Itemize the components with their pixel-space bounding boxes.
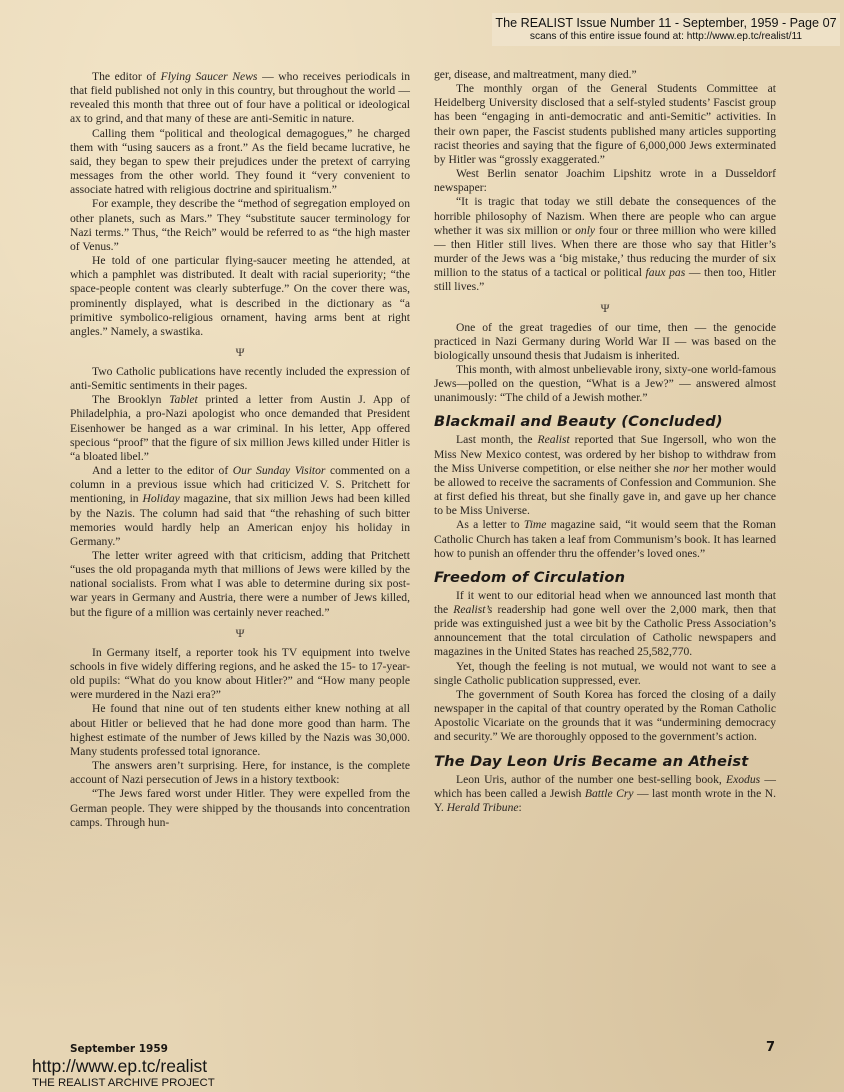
article-paragraph: If it went to our editorial head when we…	[434, 589, 776, 660]
article-paragraph: Yet, though the feeling is not mutual, w…	[434, 660, 776, 688]
page-number: 7	[766, 1040, 775, 1055]
banner-subtitle: scans of this entire issue found at: htt…	[492, 31, 840, 43]
article-paragraph: This month, with almost unbelievable iro…	[434, 363, 776, 405]
article-paragraph: The Brooklyn Tablet printed a letter fro…	[70, 393, 410, 464]
article-paragraph: Two Catholic publications have recently …	[70, 365, 410, 393]
article-paragraph: ger, disease, and maltreatment, many die…	[434, 68, 776, 82]
section-divider-icon: Ψ	[70, 620, 410, 646]
article-paragraph: “The Jews fared worst under Hitler. They…	[70, 787, 410, 829]
footer-date: September 1959	[70, 1043, 168, 1055]
section-divider-icon: Ψ	[434, 295, 776, 321]
article-paragraph: The letter writer agreed with that criti…	[70, 549, 410, 620]
article-paragraph: West Berlin senator Joachim Lipshitz wro…	[434, 167, 776, 195]
article-paragraph: For example, they describe the “method o…	[70, 197, 410, 254]
article-paragraph: The answers aren’t surprising. Here, for…	[70, 759, 410, 787]
archive-project-name: THE REALIST ARCHIVE PROJECT	[32, 1077, 215, 1090]
right-column: ger, disease, and maltreatment, many die…	[434, 68, 776, 815]
article-paragraph: The editor of Flying Saucer News — who r…	[70, 70, 410, 127]
archive-banner: The REALIST Issue Number 11 - September,…	[492, 13, 840, 46]
article-paragraph: Leon Uris, author of the number one best…	[434, 773, 776, 815]
article-paragraph: As a letter to Time magazine said, “it w…	[434, 518, 776, 560]
banner-title: The REALIST Issue Number 11 - September,…	[492, 13, 840, 31]
section-heading: Freedom of Circulation	[434, 569, 776, 587]
article-paragraph: Last month, the Realist reported that Su…	[434, 433, 776, 518]
article-paragraph: And a letter to the editor of Our Sunday…	[70, 464, 410, 549]
article-paragraph: Calling them “political and theological …	[70, 127, 410, 198]
article-paragraph: The government of South Korea has forced…	[434, 688, 776, 745]
article-paragraph: He found that nine out of ten students e…	[70, 702, 410, 759]
section-divider-icon: Ψ	[70, 339, 410, 365]
article-paragraph: “It is tragic that today we still debate…	[434, 195, 776, 294]
section-heading: Blackmail and Beauty (Concluded)	[434, 413, 776, 431]
section-heading: The Day Leon Uris Became an Atheist	[434, 753, 776, 771]
article-paragraph: In Germany itself, a reporter took his T…	[70, 646, 410, 703]
article-paragraph: The monthly organ of the General Student…	[434, 82, 776, 167]
left-column: The editor of Flying Saucer News — who r…	[70, 70, 410, 830]
article-paragraph: One of the great tragedies of our time, …	[434, 321, 776, 363]
archive-url-link[interactable]: http://www.ep.tc/realist	[32, 1057, 207, 1076]
article-paragraph: He told of one particular flying-saucer …	[70, 254, 410, 339]
